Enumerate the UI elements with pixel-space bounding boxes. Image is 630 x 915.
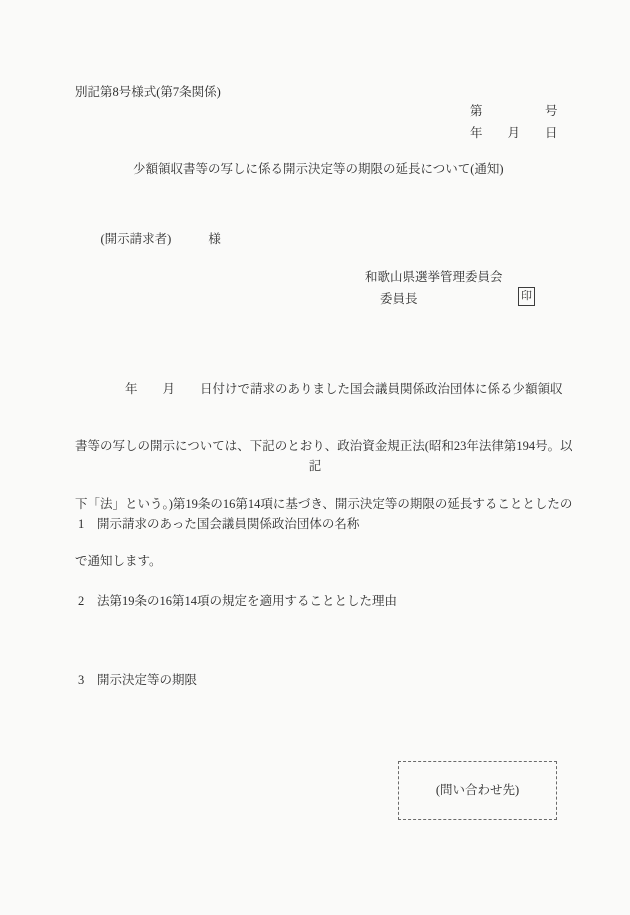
notice-document-page: 別記第8号様式(第7条関係) 第 号 年 月 日 少額領収書等の写しに係る開示決… — [0, 0, 630, 915]
document-number-blank: 第 号 — [470, 103, 558, 119]
body-line: で通知します。 — [75, 549, 585, 574]
contact-info-box: (問い合わせ先) — [398, 761, 557, 820]
document-title: 少額領収書等の写しに係る開示決定等の期限の延長について(通知) — [133, 161, 504, 177]
list-item-1: 1 開示請求のあった国会議員関係政治団体の名称 — [78, 516, 598, 532]
item-number: 3 — [78, 672, 97, 688]
list-item-3: 3 開示決定等の期限 — [78, 672, 598, 688]
body-paragraph: 年 月 日付けで請求のありました国会議員関係政治団体に係る少額領収 書等の写しの… — [75, 344, 585, 607]
issuer-role-title: 委員長 — [380, 291, 418, 307]
addressee-label: (開示請求者) — [101, 232, 172, 246]
item-text: 開示決定等の期限 — [97, 672, 197, 688]
issuer-organization: 和歌山県選挙管理委員会 — [365, 269, 503, 285]
body-line: 下「法」という。)第19条の16第14項に基づき、開示決定等の期限の延長すること… — [75, 492, 585, 517]
item-number: 1 — [78, 516, 97, 532]
item-text: 法第19条の16第14項の規定を適用することとした理由 — [97, 593, 397, 609]
record-marker: 記 — [0, 458, 630, 474]
item-number: 2 — [78, 593, 97, 609]
body-line: 年 月 日付けで請求のありました国会議員関係政治団体に係る少額領収 — [75, 377, 585, 402]
list-item-2: 2 法第19条の16第14項の規定を適用することとした理由 — [78, 593, 598, 609]
form-number: 別記第8号様式(第7条関係) — [75, 84, 221, 100]
body-line: 書等の写しの開示については、下記のとおり、政治資金規正法(昭和23年法律第194… — [75, 434, 585, 459]
addressee-line: (開示請求者)様 — [88, 215, 221, 264]
addressee-honorific: 様 — [208, 232, 221, 246]
contact-info-label: (問い合わせ先) — [436, 782, 519, 798]
seal-placeholder: 印 — [518, 287, 535, 306]
date-blank: 年 月 日 — [470, 125, 558, 141]
item-text: 開示請求のあった国会議員関係政治団体の名称 — [97, 516, 359, 532]
